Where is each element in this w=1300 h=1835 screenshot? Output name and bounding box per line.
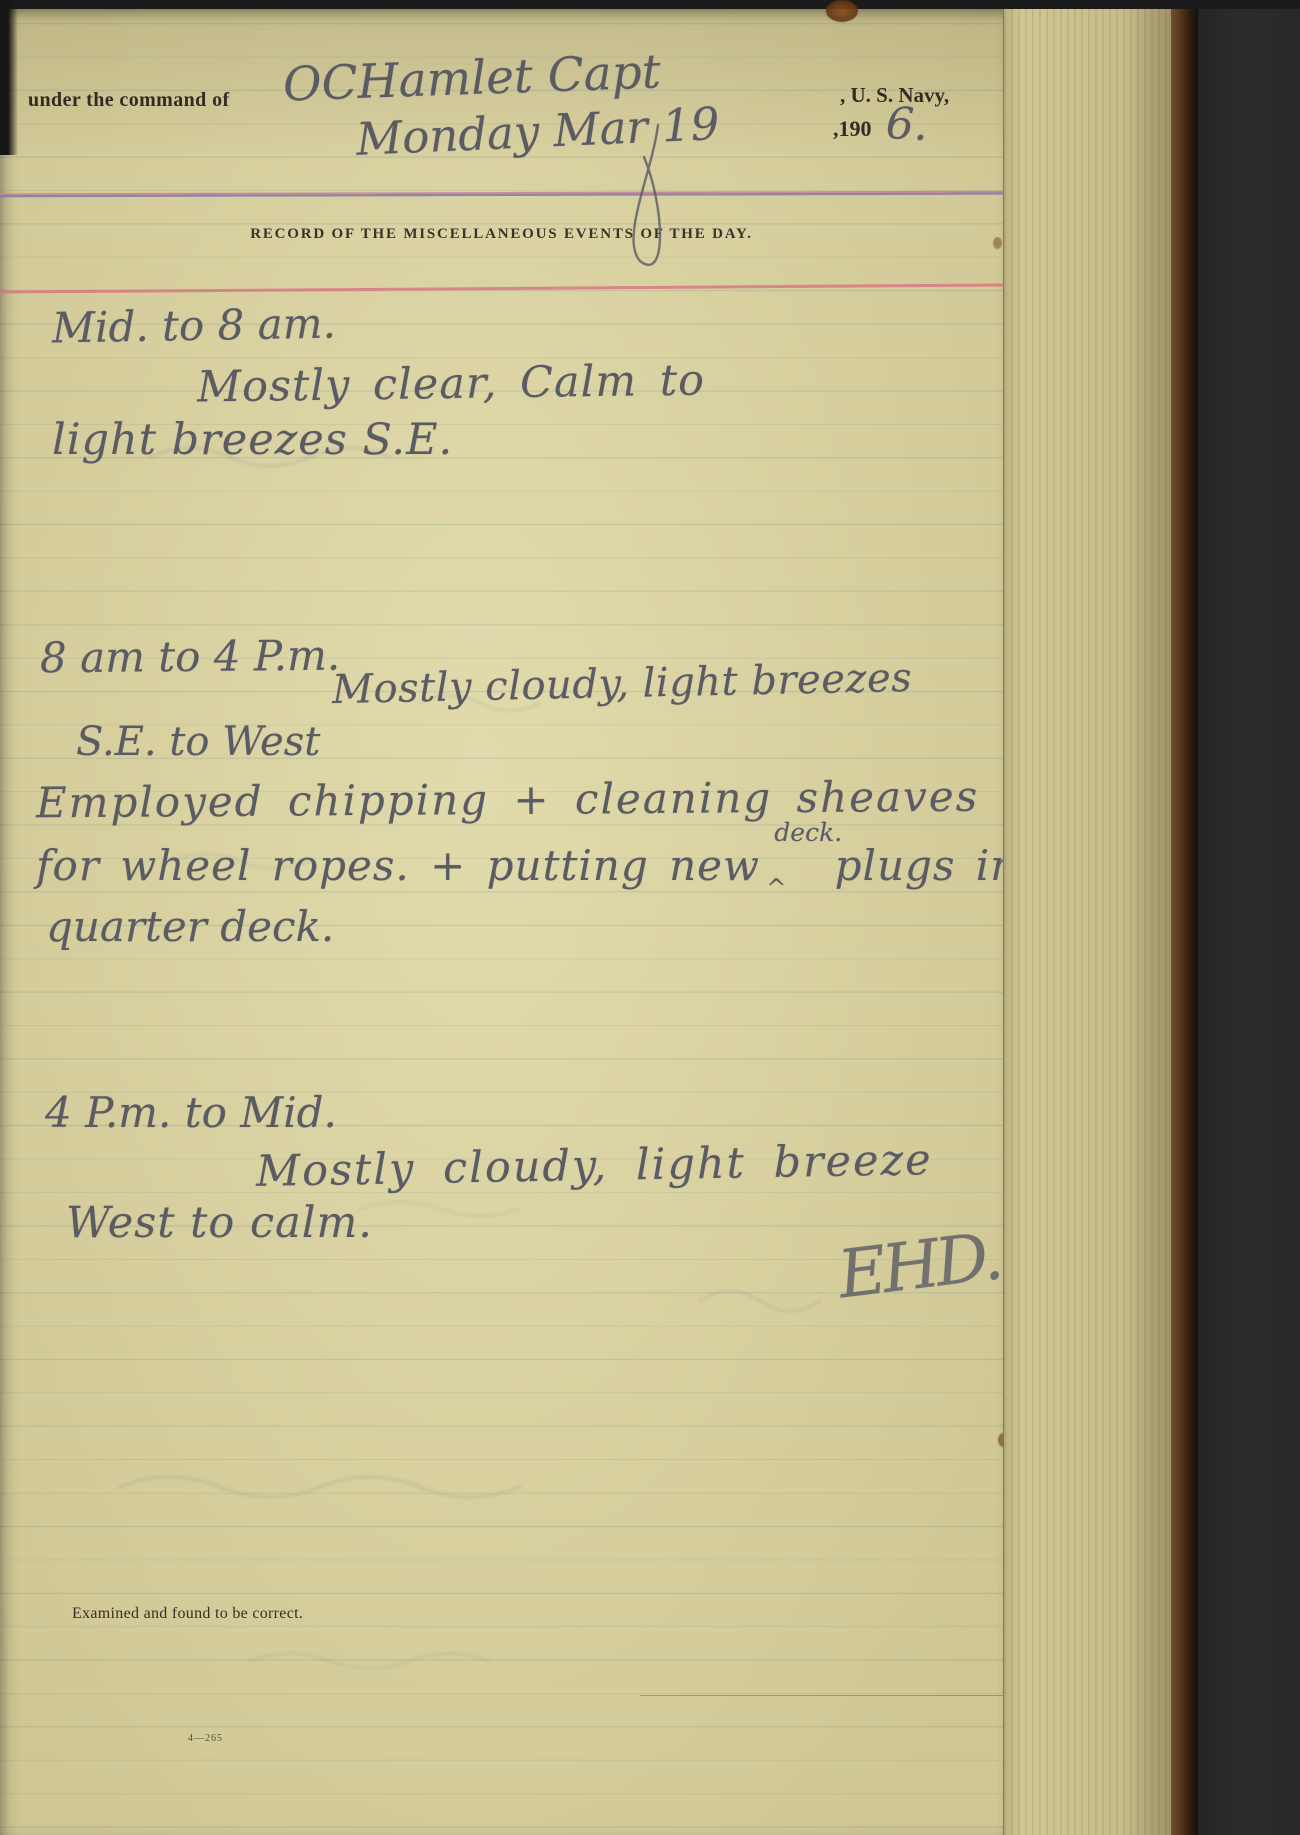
page-edge-nick (993, 237, 1002, 249)
watch-heading-8am-to-4pm: 8 am to 4 P.m. (40, 631, 341, 683)
work-entry-line: quarter deck. (46, 902, 334, 951)
command-of-label: under the command of (28, 89, 230, 112)
logbook-page: under the command of OCHamlet Capt , U. … (0, 9, 1003, 1835)
weather-entry-line: Mostly cloudy, light breezes (332, 655, 913, 713)
book-fore-edge (1003, 9, 1172, 1835)
caret-mark: ^ (766, 874, 787, 902)
insertion-above-line: deck. ^ (780, 870, 814, 880)
year-prefix-label: ,190 (833, 116, 872, 142)
title-divider-rule (0, 283, 1003, 293)
rust-stain (826, 0, 858, 22)
form-number: 4—265 (188, 1733, 223, 1744)
scan-background-right (1198, 0, 1300, 1835)
scan-background-corner (0, 0, 18, 155)
watch-heading-4pm-to-mid: 4 P.m. to Mid. (45, 1088, 337, 1137)
line-text-start: for wheel ropes. + putting new (36, 841, 760, 890)
work-entry-line: for wheel ropes. + putting new deck. ^ p… (36, 841, 1018, 890)
watch-officer-signature: EHD. (834, 1217, 1003, 1313)
year-digit-handwritten: 6. (885, 98, 930, 151)
page-title: RECORD OF THE MISCELLANEOUS EVENTS OF TH… (0, 226, 1003, 243)
weather-entry-line: Mostly cloudy, light breeze (256, 1135, 933, 1197)
inserted-word: deck. (774, 818, 842, 847)
weather-entry-line: Mostly clear, Calm to (197, 355, 706, 412)
weather-entry-line: West to calm. (66, 1198, 373, 1248)
scanned-logbook-photo: under the command of OCHamlet Capt , U. … (0, 0, 1300, 1835)
weather-entry-line: light breezes S.E. (52, 415, 453, 465)
header-divider-rule (0, 191, 1003, 198)
examined-correct-label: Examined and found to be correct. (72, 1605, 303, 1623)
line-text-end: plugs in (835, 841, 1019, 890)
weather-entry-line: S.E. to West (76, 719, 320, 765)
scan-background-top (0, 0, 1300, 9)
watch-heading-mid-to-8am: Mid. to 8 am. (52, 299, 337, 353)
book-binding-edge (1171, 0, 1198, 1835)
